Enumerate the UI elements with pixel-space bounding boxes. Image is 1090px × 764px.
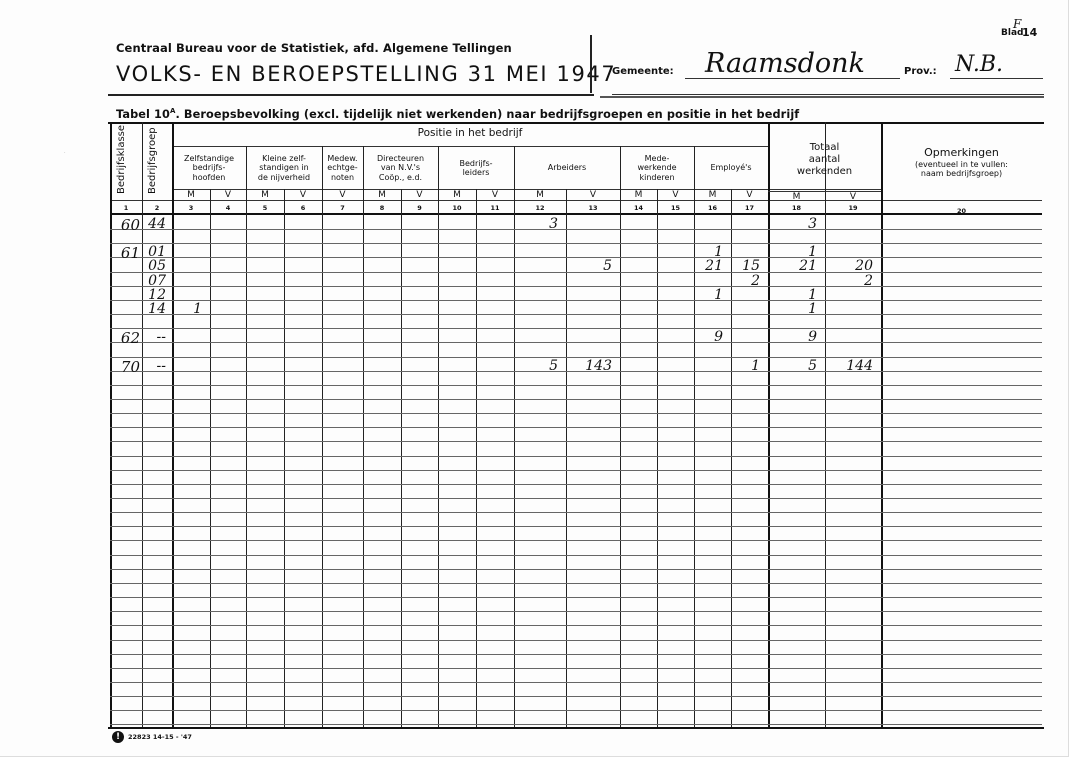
- row-rule: [110, 399, 1042, 400]
- column-number: 9: [401, 204, 438, 212]
- group-header-line: werkende: [620, 163, 694, 173]
- row-rule: [110, 427, 1042, 428]
- census-form-sheet: · Centraal Bureau voor de Statistiek, af…: [0, 0, 1069, 757]
- column-number: 4: [210, 204, 246, 212]
- sheet-label: Blad: [1001, 28, 1023, 38]
- column-number: 20: [881, 207, 1042, 215]
- column-number: 14: [620, 204, 657, 212]
- opmerkingen-header: Opmerkingen(eventueel in te vullen:naam …: [881, 148, 1042, 193]
- column-number: 11: [476, 204, 514, 212]
- header-rule: [612, 94, 1044, 95]
- row-rule: [110, 441, 1042, 442]
- column-divider: [210, 189, 211, 727]
- cell-bedrijfsklasse[interactable]: 60: [110, 216, 140, 234]
- sub-header-v: V: [825, 192, 881, 202]
- data-table: BedrijfsklasseBedrijfsgroepPositie in he…: [108, 122, 1044, 728]
- row-rule: [110, 597, 1042, 598]
- row-rule: [110, 682, 1042, 683]
- form-code: 22823 14-15 - '47: [128, 733, 192, 741]
- column-number: 15: [657, 204, 694, 212]
- group-header-line: standigen in: [246, 163, 322, 173]
- row-rule: [110, 470, 1042, 471]
- row-rule: [110, 484, 1042, 485]
- row-rule: [110, 512, 1042, 513]
- group-header-line: bedrijfs-: [172, 163, 246, 173]
- cell-column-13[interactable]: 5: [566, 258, 612, 274]
- column-number: 12: [514, 204, 566, 212]
- group-header-line: Coöp., e.d.: [363, 173, 438, 183]
- row-rule: [110, 286, 1042, 287]
- column-divider: [172, 122, 174, 727]
- cell-column-17[interactable]: 2: [731, 273, 760, 289]
- cell-column-18[interactable]: 21: [768, 258, 817, 274]
- cell-bedrijfsklasse[interactable]: 70: [110, 358, 140, 376]
- cell-bedrijfsklasse[interactable]: 62: [110, 329, 140, 347]
- title-rule: [108, 94, 594, 96]
- positie-header: Positie in het bedrijf: [172, 129, 768, 139]
- table-title: Tabel 10A. Beroepsbevolking (excl. tijde…: [116, 107, 799, 121]
- column-divider: [284, 189, 285, 727]
- row-rule: [110, 569, 1042, 570]
- census-title: VOLKS- EN BEROEPSTELLING 31 MEI 1947: [116, 62, 616, 86]
- margin-mark: ·: [64, 150, 66, 156]
- cell-bedrijfsklasse[interactable]: 61: [110, 244, 140, 262]
- group-header-line: Directeuren: [363, 154, 438, 164]
- bureau-name: Centraal Bureau voor de Statistiek, afd.…: [116, 41, 512, 55]
- table-bottom-rule: [108, 727, 1044, 729]
- cell-column-19[interactable]: 144: [825, 358, 873, 374]
- province-label: Prov.:: [904, 66, 937, 77]
- row-rule: [110, 555, 1042, 556]
- row-rule: [110, 314, 1042, 315]
- row-rule: [110, 540, 1042, 541]
- row-rule: [110, 342, 1042, 343]
- group-header-line: kinderen: [620, 173, 694, 183]
- sub-header-m: M: [172, 190, 210, 200]
- row-rule: [110, 300, 1042, 301]
- column-number: 10: [438, 204, 476, 212]
- group-header-line: leiders: [438, 168, 514, 178]
- sheet-number: 14: [1022, 26, 1037, 39]
- column-divider: [401, 189, 402, 727]
- province-underline: [950, 78, 1043, 79]
- sub-header-v: V: [322, 190, 363, 200]
- totaal-header: Totaalaantalwerkenden: [768, 136, 881, 184]
- sub-header-m: M: [514, 190, 566, 200]
- sub-header-v: V: [401, 190, 438, 200]
- row-rule: [110, 456, 1042, 457]
- sub-header-v: V: [284, 190, 322, 200]
- column-number: 3: [172, 204, 210, 212]
- group-header-line: Mede-: [620, 154, 694, 164]
- column-number: 19: [825, 204, 881, 212]
- gemeente-field[interactable]: Raamsdonk: [705, 48, 865, 79]
- sub-header-m: M: [363, 190, 401, 200]
- column-header-bedrijfsgroep: Bedrijfsgroep: [147, 127, 158, 194]
- group-header-line: Kleine zelf-: [246, 154, 322, 164]
- column-number: 17: [731, 204, 768, 212]
- column-number: 7: [322, 204, 363, 212]
- column-number: 13: [566, 204, 620, 212]
- cell-column-16[interactable]: 1: [694, 287, 723, 303]
- cell-bedrijfsgroep[interactable]: 44: [142, 216, 166, 232]
- row-rule: [110, 710, 1042, 711]
- group-header-line: noten: [322, 173, 363, 183]
- column-number: 8: [363, 204, 401, 212]
- row-rule: [110, 625, 1042, 626]
- sub-header-v: V: [657, 190, 694, 200]
- cell-column-16[interactable]: 9: [694, 329, 723, 345]
- row-rule: [110, 328, 1042, 329]
- totaal-header-line: Totaal: [768, 142, 881, 154]
- cell-column-19[interactable]: 2: [825, 273, 873, 289]
- totaal-header-line: werkenden: [768, 166, 881, 178]
- sub-header-m: M: [694, 190, 731, 200]
- printer-mark-icon: !: [112, 731, 124, 743]
- row-rule: [110, 229, 1042, 230]
- cell-column-17[interactable]: 1: [731, 358, 760, 374]
- opmerkingen-note: naam bedrijfsgroep): [881, 169, 1042, 179]
- column-number: 2: [142, 204, 172, 212]
- group-header-line: van N.V.'s: [363, 163, 438, 173]
- column-number: 16: [694, 204, 731, 212]
- group-header: Bedrijfs-leiders: [438, 150, 514, 186]
- cell-column-3[interactable]: 1: [172, 301, 202, 317]
- positie-rule: [172, 146, 768, 147]
- row-rule: [110, 640, 1042, 641]
- row-rule: [110, 413, 1042, 414]
- province-field[interactable]: N.B.: [955, 52, 1003, 77]
- row-rule: [110, 498, 1042, 499]
- cell-bedrijfsgroep[interactable]: 14: [142, 301, 166, 317]
- sub-header-v: V: [210, 190, 246, 200]
- cell-column-18[interactable]: 9: [768, 329, 817, 345]
- column-divider: [110, 122, 112, 727]
- number-row-rule: [110, 200, 1042, 201]
- gemeente-label: Gemeente:: [612, 66, 674, 77]
- group-header: Employé's: [694, 150, 768, 186]
- header-divider: [590, 35, 592, 93]
- column-divider: [476, 189, 477, 727]
- column-number: 6: [284, 204, 322, 212]
- group-header-line: echtge-: [322, 163, 363, 173]
- sub-header-m: M: [438, 190, 476, 200]
- row-rule: [110, 654, 1042, 655]
- table-top-rule: [108, 122, 1044, 124]
- column-divider: [657, 189, 658, 727]
- cell-column-12[interactable]: 5: [514, 358, 558, 374]
- group-header: Directeurenvan N.V.'sCoöp., e.d.: [363, 150, 438, 186]
- row-rule: [110, 696, 1042, 697]
- row-rule: [110, 385, 1042, 386]
- totaal-header-line: aantal: [768, 154, 881, 166]
- group-header: Medew.echtge-noten: [322, 150, 363, 186]
- row-rule: [110, 526, 1042, 527]
- column-number: 5: [246, 204, 284, 212]
- cell-bedrijfsgroep[interactable]: --: [142, 329, 166, 345]
- sub-header-v: V: [566, 190, 620, 200]
- row-rule: [110, 583, 1042, 584]
- group-header: Zelfstandigebedrijfs-hoofden: [172, 150, 246, 186]
- sub-header-m: M: [620, 190, 657, 200]
- row-rule: [110, 724, 1042, 725]
- cell-column-18[interactable]: 3: [768, 216, 817, 232]
- column-number: 18: [768, 204, 825, 212]
- opmerkingen-note: (eventueel in te vullen:: [881, 160, 1042, 170]
- group-header-line: de nijverheid: [246, 173, 322, 183]
- sub-header-v: V: [476, 190, 514, 200]
- group-header-line: Bedrijfs-: [438, 159, 514, 169]
- sub-header-m: M: [246, 190, 284, 200]
- group-header-line: hoofden: [172, 173, 246, 183]
- group-header-line: Employé's: [694, 163, 768, 173]
- row-rule: [110, 668, 1042, 669]
- group-header-line: Medew.: [322, 154, 363, 164]
- group-header: Arbeiders: [514, 150, 620, 186]
- row-rule: [110, 611, 1042, 612]
- sub-header-m: M: [768, 192, 825, 202]
- column-number: 1: [110, 204, 142, 212]
- column-header-bedrijfsklasse: Bedrijfsklasse: [116, 125, 127, 194]
- cell-column-18[interactable]: 5: [768, 358, 817, 374]
- header-rule-thick: [600, 96, 1044, 98]
- gemeente-underline: [685, 78, 900, 79]
- group-header: Mede-werkendekinderen: [620, 150, 694, 186]
- cell-column-16[interactable]: 21: [694, 258, 723, 274]
- column-divider: [768, 122, 770, 727]
- group-header-line: Zelfstandige: [172, 154, 246, 164]
- cell-column-12[interactable]: 3: [514, 216, 558, 232]
- cell-bedrijfsgroep[interactable]: --: [142, 358, 166, 374]
- cell-column-13[interactable]: 143: [566, 358, 612, 374]
- row-rule: [110, 243, 1042, 244]
- group-header: Kleine zelf-standigen inde nijverheid: [246, 150, 322, 186]
- cell-column-18[interactable]: 1: [768, 301, 817, 317]
- sub-header-v: V: [731, 190, 768, 200]
- group-header-line: Arbeiders: [514, 163, 620, 173]
- opmerkingen-title: Opmerkingen: [881, 148, 1042, 158]
- column-divider: [142, 122, 143, 727]
